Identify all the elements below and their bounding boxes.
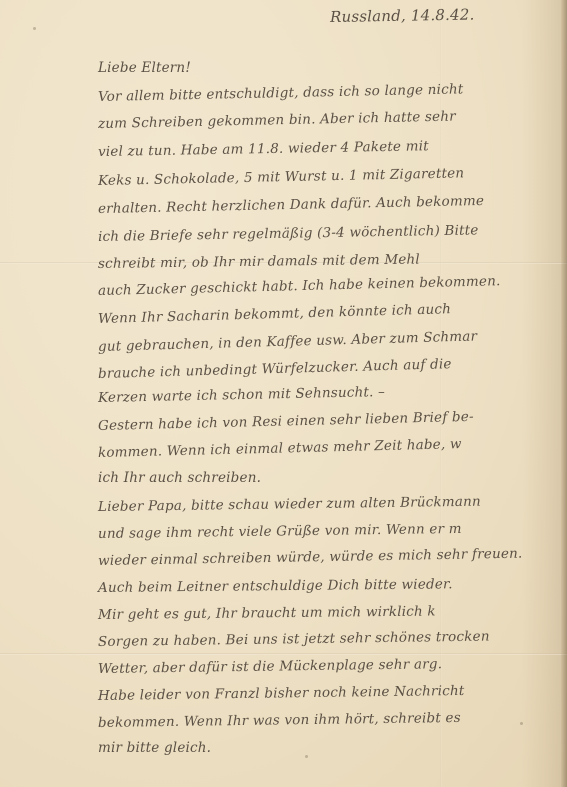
letter-line: brauche ich unbedingt Würfelzucker. Auch…	[98, 356, 452, 382]
letter-line: ich Ihr auch schreiben.	[98, 470, 261, 486]
letter-page: Russland, 14.8.42. Liebe Eltern! Vor all…	[0, 0, 567, 787]
letter-line: wieder einmal schreiben würde, würde es …	[98, 546, 523, 569]
letter-line: kommen. Wenn ich einmal etwas mehr Zeit …	[98, 436, 462, 461]
paper-speck	[520, 722, 523, 725]
letter-line: erhalten. Recht herzlichen Dank dafür. A…	[98, 193, 484, 217]
letter-line: schreibt mir, ob Ihr mir damals mit dem …	[98, 252, 420, 272]
letter-line: Auch beim Leitner entschuldige Dich bitt…	[98, 576, 453, 596]
letter-line: Kerzen warte ich schon mit Sehnsucht. –	[98, 384, 385, 406]
letter-line: Vor allem bitte entschuldigt, dass ich s…	[98, 81, 464, 105]
letter-line: Habe leider von Franzl bisher noch keine…	[98, 683, 465, 704]
paper-speck	[305, 755, 308, 758]
letter-line: Wenn Ihr Sacharin bekommt, den könnte ic…	[98, 301, 452, 327]
letter-line: mir bitte gleich.	[98, 740, 211, 756]
letter-line: Wetter, aber dafür ist die Mückenplage s…	[98, 656, 442, 677]
paper-edge	[561, 0, 567, 787]
letter-line: zum Schreiben gekommen bin. Aber ich hat…	[98, 109, 456, 132]
letter-line: viel zu tun. Habe am 11.8. wieder 4 Pake…	[98, 138, 429, 160]
letter-line: Gestern habe ich von Resi einen sehr lie…	[98, 409, 474, 434]
letter-line: und sage ihm recht viele Grüße von mir. …	[98, 521, 462, 542]
letter-salutation: Liebe Eltern!	[98, 60, 191, 76]
letter-line: Sorgen zu haben. Bei uns ist jetzt sehr …	[98, 629, 490, 650]
letter-line: ich die Briefe sehr regelmäßig (3-4 wöch…	[98, 222, 479, 245]
letter-line: gut gebrauchen, in den Kaffee usw. Aber …	[98, 328, 478, 355]
paper-speck	[33, 27, 36, 30]
letter-line: Mir geht es gut, Ihr braucht um mich wir…	[98, 603, 436, 623]
paper-fold-horizontal	[0, 653, 567, 655]
letter-line: Lieber Papa, bitte schau wieder zum alte…	[98, 494, 481, 515]
letter-line: bekommen. Wenn Ihr was von ihm hört, sch…	[98, 710, 461, 731]
letter-place-date: Russland, 14.8.42.	[330, 5, 475, 26]
letter-line: Keks u. Schokolade, 5 mit Wurst u. 1 mit…	[98, 165, 465, 189]
